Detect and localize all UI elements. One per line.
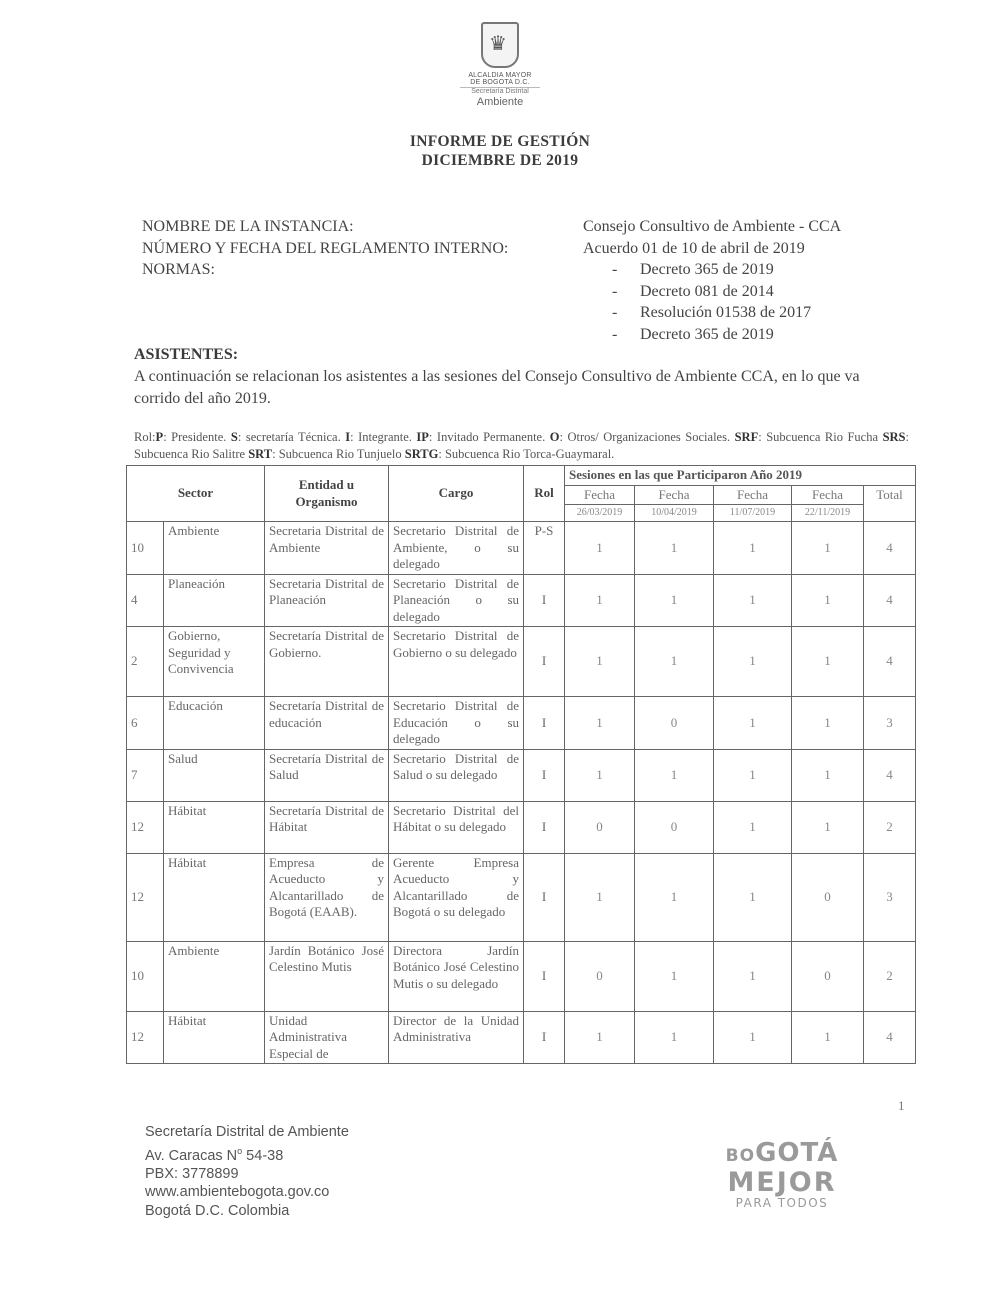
header-sector: Sector [127,466,265,522]
meta-values: Consejo Consultivo de Ambiente - CCA Acu… [583,216,841,259]
asistentes-intro: A continuación se relacionan los asisten… [134,366,894,410]
cell-rol: I [524,853,565,941]
norma-item: Decreto 081 de 2014 [612,281,811,303]
header-date: 26/03/2019 [565,505,635,522]
cell-cargo: Secretario Distrital de Gobierno o su de… [389,627,524,697]
cell-session: 1 [635,853,714,941]
normas-list: Decreto 365 de 2019 Decreto 081 de 2014 … [612,259,811,345]
table-row: 7SaludSecretaría Distrital de SaludSecre… [127,749,916,801]
cell-rol: I [524,749,565,801]
cell-session: 1 [635,941,714,1011]
cell-sector: Educación [164,697,265,750]
cell-session: 0 [635,697,714,750]
cell-session: 1 [635,522,714,575]
table-row: 6EducaciónSecretaría Distrital de educac… [127,697,916,750]
footer-web: www.ambientebogota.gov.co [145,1183,349,1202]
table-row: 2Gobierno, Seguridad y ConvivenciaSecret… [127,627,916,697]
cell-total: 2 [864,801,916,853]
cell-cargo: Secretario Distrital de Salud o su deleg… [389,749,524,801]
norma-item: Decreto 365 de 2019 [612,324,811,346]
cell-session: 0 [792,853,864,941]
header-fecha: Fecha [714,485,792,505]
reglamento-label: NÚMERO Y FECHA DEL REGLAMENTO INTERNO: [142,238,508,260]
cell-session: 1 [714,522,792,575]
reglamento-value: Acuerdo 01 de 10 de abril de 2019 [583,238,841,260]
cell-session: 1 [792,574,864,627]
cell-entidad: Jardín Botánico José Celestino Mutis [265,941,389,1011]
header-date: 22/11/2019 [792,505,864,522]
alcaldia-logo: ♛ ALCALDIA MAYORDE BOGOTA D.C. Secretarí… [440,22,560,108]
cell-session: 1 [792,1011,864,1064]
cell-session: 1 [635,574,714,627]
cell-entidad: Secretaría Distrital de Salud [265,749,389,801]
cell-session: 1 [565,522,635,575]
cell-total: 4 [864,627,916,697]
header-date: 11/07/2019 [714,505,792,522]
cell-session: 1 [565,627,635,697]
cell-session: 1 [635,749,714,801]
cell-sector-code: 6 [127,697,164,750]
cell-sector-code: 10 [127,941,164,1011]
cell-entidad: Secretaría Distrital de Hábitat [265,801,389,853]
cell-session: 0 [792,941,864,1011]
cell-session: 1 [565,1011,635,1064]
cell-session: 1 [792,627,864,697]
cell-session: 1 [635,627,714,697]
cell-sector-code: 12 [127,801,164,853]
cell-rol: P-S [524,522,565,575]
cell-cargo: Directora Jardín Botánico José Celestino… [389,941,524,1011]
document-title: INFORME DE GESTIÓN DICIEMBRE DE 2019 [0,132,1000,170]
cell-rol: I [524,941,565,1011]
cell-total: 4 [864,574,916,627]
norma-item: Resolución 01538 de 2017 [612,302,811,324]
table-row: 12HábitatSecretaría Distrital de Hábitat… [127,801,916,853]
cell-session: 1 [714,574,792,627]
cell-session: 1 [714,749,792,801]
header-total: Total [864,485,916,522]
cell-session: 1 [792,697,864,750]
table-row: 10AmbienteSecretaria Distrital de Ambien… [127,522,916,575]
table-row: 4PlaneaciónSecretaria Distrital de Plane… [127,574,916,627]
cell-sector-code: 7 [127,749,164,801]
logo-text-ambiente: Ambiente [440,96,560,108]
normas-label: NORMAS: [142,259,508,281]
cell-cargo: Gerente Empresa Acueducto y Alcantarilla… [389,853,524,941]
coat-of-arms-icon: ♛ [481,22,519,68]
cell-session: 1 [714,1011,792,1064]
cell-cargo: Secretario Distrital de Planeación o su … [389,574,524,627]
footer-contact: Secretaría Distrital de Ambiente Av. Car… [145,1123,349,1220]
footer-city: Bogotá D.C. Colombia [145,1202,349,1221]
header-cargo: Cargo [389,466,524,522]
cell-session: 0 [565,801,635,853]
cell-total: 2 [864,941,916,1011]
header-fecha: Fecha [792,485,864,505]
cell-rol: I [524,574,565,627]
cell-cargo: Secretario Distrital de Ambiente, o su d… [389,522,524,575]
cell-sector-code: 12 [127,853,164,941]
cell-session: 1 [565,853,635,941]
cell-session: 1 [565,574,635,627]
meta-labels: NOMBRE DE LA INSTANCIA: NÚMERO Y FECHA D… [142,216,508,281]
header-rol: Rol [524,466,565,522]
cell-sector-code: 12 [127,1011,164,1064]
cell-rol: I [524,627,565,697]
table-row: 12HábitatUnidad Administrativa Especial … [127,1011,916,1064]
cell-session: 1 [714,697,792,750]
cell-sector: Hábitat [164,1011,265,1064]
norma-item: Decreto 365 de 2019 [612,259,811,281]
cell-session: 1 [792,749,864,801]
cell-sector-code: 10 [127,522,164,575]
cell-cargo: Secretario Distrital de Educación o su d… [389,697,524,750]
cell-session: 1 [714,801,792,853]
cell-entidad: Secretaria Distrital de Planeación [265,574,389,627]
cell-total: 3 [864,853,916,941]
cell-session: 1 [792,522,864,575]
cell-sector-code: 2 [127,627,164,697]
cell-rol: I [524,697,565,750]
cell-sector: Hábitat [164,853,265,941]
cell-session: 0 [565,941,635,1011]
table-row: 12HábitatEmpresa de Acueducto y Alcantar… [127,853,916,941]
cell-entidad: Secretaría Distrital de Gobierno. [265,627,389,697]
header-date: 10/04/2019 [635,505,714,522]
cell-sector: Gobierno, Seguridad y Convivencia [164,627,265,697]
cell-sector: Ambiente [164,941,265,1011]
instancia-value: Consejo Consultivo de Ambiente - CCA [583,216,841,238]
cell-session: 1 [714,853,792,941]
cell-entidad: Unidad Administrativa Especial de [265,1011,389,1064]
table-row: 10AmbienteJardín Botánico José Celestino… [127,941,916,1011]
cell-session: 1 [565,697,635,750]
cell-sector: Ambiente [164,522,265,575]
footer-address: Av. Caracas No 54-38 [145,1142,349,1165]
role-legend: Rol:P: Presidente. S: secretaría Técnica… [134,429,909,463]
logo-text-secretaria: Secretaría Distrital [460,87,540,96]
header-fecha: Fecha [635,485,714,505]
cell-sector: Hábitat [164,801,265,853]
bogota-mejor-logo: BOGOTÁ MEJOR PARA TODOS [712,1140,852,1210]
cell-total: 4 [864,749,916,801]
cell-entidad: Secretaria Distrital de Ambiente [265,522,389,575]
header-entidad: Entidad u Organismo [265,466,389,522]
footer-phone: PBX: 3778899 [145,1165,349,1184]
cell-rol: I [524,801,565,853]
cell-entidad: Empresa de Acueducto y Alcantarillado de… [265,853,389,941]
instancia-label: NOMBRE DE LA INSTANCIA: [142,216,508,238]
cell-total: 3 [864,697,916,750]
cell-rol: I [524,1011,565,1064]
cell-cargo: Director de la Unidad Administrativa [389,1011,524,1064]
asistentes-heading: ASISTENTES: [134,346,238,364]
cell-cargo: Secretario Distrital del Hábitat o su de… [389,801,524,853]
cell-sector-code: 4 [127,574,164,627]
cell-total: 4 [864,1011,916,1064]
footer-org: Secretaría Distrital de Ambiente [145,1123,349,1142]
page-number: 1 [898,1098,905,1114]
cell-session: 1 [792,801,864,853]
cell-session: 1 [565,749,635,801]
header-sesiones: Sesiones en las que Participaron Año 201… [565,466,916,486]
cell-total: 4 [864,522,916,575]
cell-entidad: Secretaría Distrital de educación [265,697,389,750]
cell-session: 0 [635,801,714,853]
cell-session: 1 [635,1011,714,1064]
logo-text-alcaldia: ALCALDIA MAYORDE BOGOTA D.C. [440,72,560,86]
cell-sector: Salud [164,749,265,801]
cell-session: 1 [714,627,792,697]
attendance-table: Sector Entidad u Organismo Cargo Rol Ses… [126,465,916,1064]
cell-sector: Planeación [164,574,265,627]
cell-session: 1 [714,941,792,1011]
header-fecha: Fecha [565,485,635,505]
